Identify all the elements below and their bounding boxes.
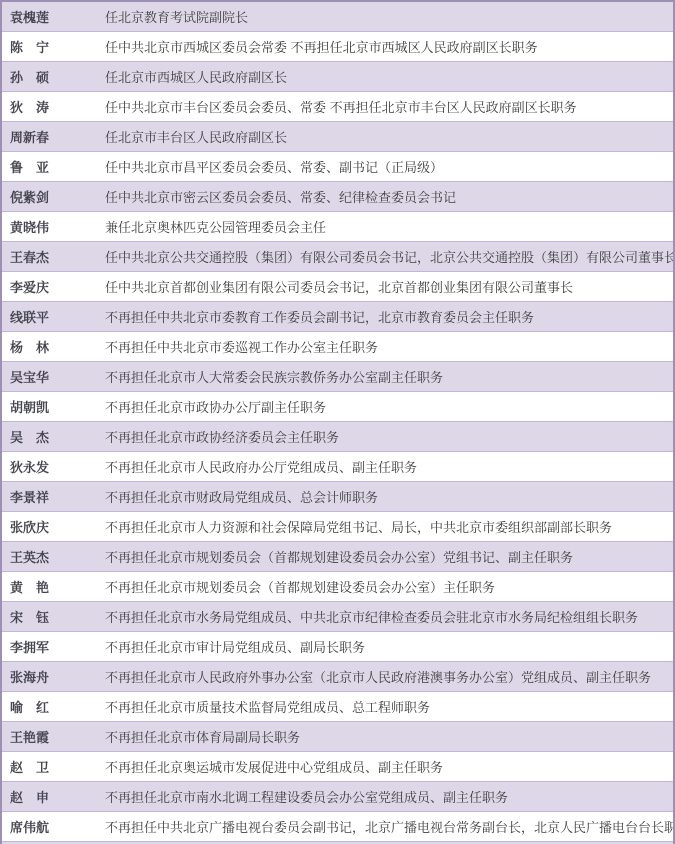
person-name: 狄永发: [2, 457, 105, 476]
person-name: 王春杰: [2, 247, 105, 266]
person-name: 王艳霞: [2, 727, 105, 746]
appointment-text: 任中共北京市丰台区委员会委员、常委 不再担任北京市丰台区人民政府副区长职务: [105, 97, 673, 116]
appointment-text: 任中共北京市昌平区委员会委员、常委、副书记（正局级）: [105, 157, 673, 176]
appointment-text: 不再担任中共北京市委巡视工作办公室主任职务: [105, 337, 673, 356]
appointment-text: 不再担任中共北京市委教育工作委员会副书记，北京市教育委员会主任职务: [105, 307, 673, 326]
appointment-text: 不再担任北京市南水北调工程建设委员会办公室党组成员、副主任职务: [105, 787, 673, 806]
appointment-text: 任北京市丰台区人民政府副区长: [105, 127, 673, 146]
appointment-text: 不再担任北京市水务局党组成员、中共北京市纪律检查委员会驻北京市水务局纪检组组长职…: [105, 607, 673, 626]
table-row: 赵 卫 不再担任北京奥运城市发展促进中心党组成员、副主任职务: [2, 752, 673, 782]
appointment-text: 任中共北京首都创业集团有限公司委员会书记，北京首都创业集团有限公司董事长: [105, 277, 673, 296]
appointment-text: 不再担任北京市人力资源和社会保障局党组书记、局长，中共北京市委组织部副部长职务: [105, 517, 673, 536]
person-name: 张海舟: [2, 667, 105, 686]
table-row: 倪紫剑 任中共北京市密云区委员会委员、常委、纪律检查委员会书记: [2, 182, 673, 212]
person-name: 李拥军: [2, 637, 105, 656]
table-row: 王春杰 任中共北京公共交通控股（集团）有限公司委员会书记，北京公共交通控股（集团…: [2, 242, 673, 272]
appointment-text: 任北京市西城区人民政府副区长: [105, 67, 673, 86]
table-row: 鲁 亚 任中共北京市昌平区委员会委员、常委、副书记（正局级）: [2, 152, 673, 182]
table-row: 孙 硕 任北京市西城区人民政府副区长: [2, 62, 673, 92]
person-name: 袁槐莲: [2, 7, 105, 26]
person-name: 席伟航: [2, 817, 105, 836]
appointment-text: 不再担任北京市体育局副局长职务: [105, 727, 673, 746]
person-name: 狄 涛: [2, 97, 105, 116]
appointment-text: 不再担任北京市政协办公厅副主任职务: [105, 397, 673, 416]
table-row: 周新春 任北京市丰台区人民政府副区长: [2, 122, 673, 152]
person-name: 宋 钰: [2, 607, 105, 626]
person-name: 胡朝凯: [2, 397, 105, 416]
appointment-text: 不再担任北京市规划委员会（首都规划建设委员会办公室）党组书记、副主任职务: [105, 547, 673, 566]
appointment-text: 兼任北京奥林匹克公园管理委员会主任: [105, 217, 673, 236]
table-row: 狄永发 不再担任北京市人民政府办公厅党组成员、副主任职务: [2, 452, 673, 482]
person-name: 线联平: [2, 307, 105, 326]
table-row: 李拥军 不再担任北京市审计局党组成员、副局长职务: [2, 632, 673, 662]
table-row: 吴 杰 不再担任北京市政协经济委员会主任职务: [2, 422, 673, 452]
table-row: 狄 涛 任中共北京市丰台区委员会委员、常委 不再担任北京市丰台区人民政府副区长职…: [2, 92, 673, 122]
person-name: 黄 艳: [2, 577, 105, 596]
person-name: 张欣庆: [2, 517, 105, 536]
person-name: 黄晓伟: [2, 217, 105, 236]
appointment-text: 任中共北京市密云区委员会委员、常委、纪律检查委员会书记: [105, 187, 673, 206]
table-row: 王英杰 不再担任北京市规划委员会（首都规划建设委员会办公室）党组书记、副主任职务: [2, 542, 673, 572]
table-row: 吴宝华 不再担任北京市人大常委会民族宗教侨务办公室副主任职务: [2, 362, 673, 392]
person-name: 王英杰: [2, 547, 105, 566]
table-row: 线联平 不再担任中共北京市委教育工作委员会副书记，北京市教育委员会主任职务: [2, 302, 673, 332]
table-row: 杨 林 不再担任中共北京市委巡视工作办公室主任职务: [2, 332, 673, 362]
appointment-text: 不再担任北京市人民政府外事办公室（北京市人民政府港澳事务办公室）党组成员、副主任…: [105, 667, 673, 686]
person-name: 吴 杰: [2, 427, 105, 446]
appointment-text: 不再担任北京市审计局党组成员、副局长职务: [105, 637, 673, 656]
person-name: 李爱庆: [2, 277, 105, 296]
table-row: 赵 申 不再担任北京市南水北调工程建设委员会办公室党组成员、副主任职务: [2, 782, 673, 812]
appointment-text: 不再担任中共北京广播电视台委员会副书记，北京广播电视台常务副台长，北京人民广播电…: [105, 817, 673, 836]
person-name: 李景祥: [2, 487, 105, 506]
appointment-text: 不再担任北京市人大常委会民族宗教侨务办公室副主任职务: [105, 367, 673, 386]
table-row: 袁槐莲 任北京教育考试院副院长: [2, 2, 673, 32]
person-name: 赵 申: [2, 787, 105, 806]
person-name: 陈 宁: [2, 37, 105, 56]
person-name: 倪紫剑: [2, 187, 105, 206]
appointment-text: 不再担任北京市人民政府办公厅党组成员、副主任职务: [105, 457, 673, 476]
appointment-text: 任北京教育考试院副院长: [105, 7, 673, 26]
person-name: 杨 林: [2, 337, 105, 356]
person-name: 喻 红: [2, 697, 105, 716]
appointments-table: 袁槐莲 任北京教育考试院副院长 陈 宁 任中共北京市西城区委员会常委 不再担任北…: [0, 0, 675, 844]
table-row: 胡朝凯 不再担任北京市政协办公厅副主任职务: [2, 392, 673, 422]
table-row: 宋 钰 不再担任北京市水务局党组成员、中共北京市纪律检查委员会驻北京市水务局纪检…: [2, 602, 673, 632]
person-name: 鲁 亚: [2, 157, 105, 176]
appointment-text: 不再担任北京奥运城市发展促进中心党组成员、副主任职务: [105, 757, 673, 776]
appointment-text: 不再担任北京市政协经济委员会主任职务: [105, 427, 673, 446]
table-row: 黄晓伟 兼任北京奥林匹克公园管理委员会主任: [2, 212, 673, 242]
table-row: 黄 艳 不再担任北京市规划委员会（首都规划建设委员会办公室）主任职务: [2, 572, 673, 602]
person-name: 吴宝华: [2, 367, 105, 386]
table-row: 陈 宁 任中共北京市西城区委员会常委 不再担任北京市西城区人民政府副区长职务: [2, 32, 673, 62]
person-name: 周新春: [2, 127, 105, 146]
table-row: 席伟航 不再担任中共北京广播电视台委员会副书记，北京广播电视台常务副台长，北京人…: [2, 812, 673, 842]
appointment-text: 不再担任北京市财政局党组成员、总会计师职务: [105, 487, 673, 506]
table-row: 李景祥 不再担任北京市财政局党组成员、总会计师职务: [2, 482, 673, 512]
table-row: 张欣庆 不再担任北京市人力资源和社会保障局党组书记、局长，中共北京市委组织部副部…: [2, 512, 673, 542]
table-row: 喻 红 不再担任北京市质量技术监督局党组成员、总工程师职务: [2, 692, 673, 722]
table-row: 王艳霞 不再担任北京市体育局副局长职务: [2, 722, 673, 752]
person-name: 孙 硕: [2, 67, 105, 86]
appointment-text: 任中共北京公共交通控股（集团）有限公司委员会书记，北京公共交通控股（集团）有限公…: [105, 247, 673, 266]
table-row: 张海舟 不再担任北京市人民政府外事办公室（北京市人民政府港澳事务办公室）党组成员…: [2, 662, 673, 692]
appointment-text: 任中共北京市西城区委员会常委 不再担任北京市西城区人民政府副区长职务: [105, 37, 673, 56]
table-row: 李爱庆 任中共北京首都创业集团有限公司委员会书记，北京首都创业集团有限公司董事长: [2, 272, 673, 302]
appointment-text: 不再担任北京市规划委员会（首都规划建设委员会办公室）主任职务: [105, 577, 673, 596]
appointment-text: 不再担任北京市质量技术监督局党组成员、总工程师职务: [105, 697, 673, 716]
person-name: 赵 卫: [2, 757, 105, 776]
